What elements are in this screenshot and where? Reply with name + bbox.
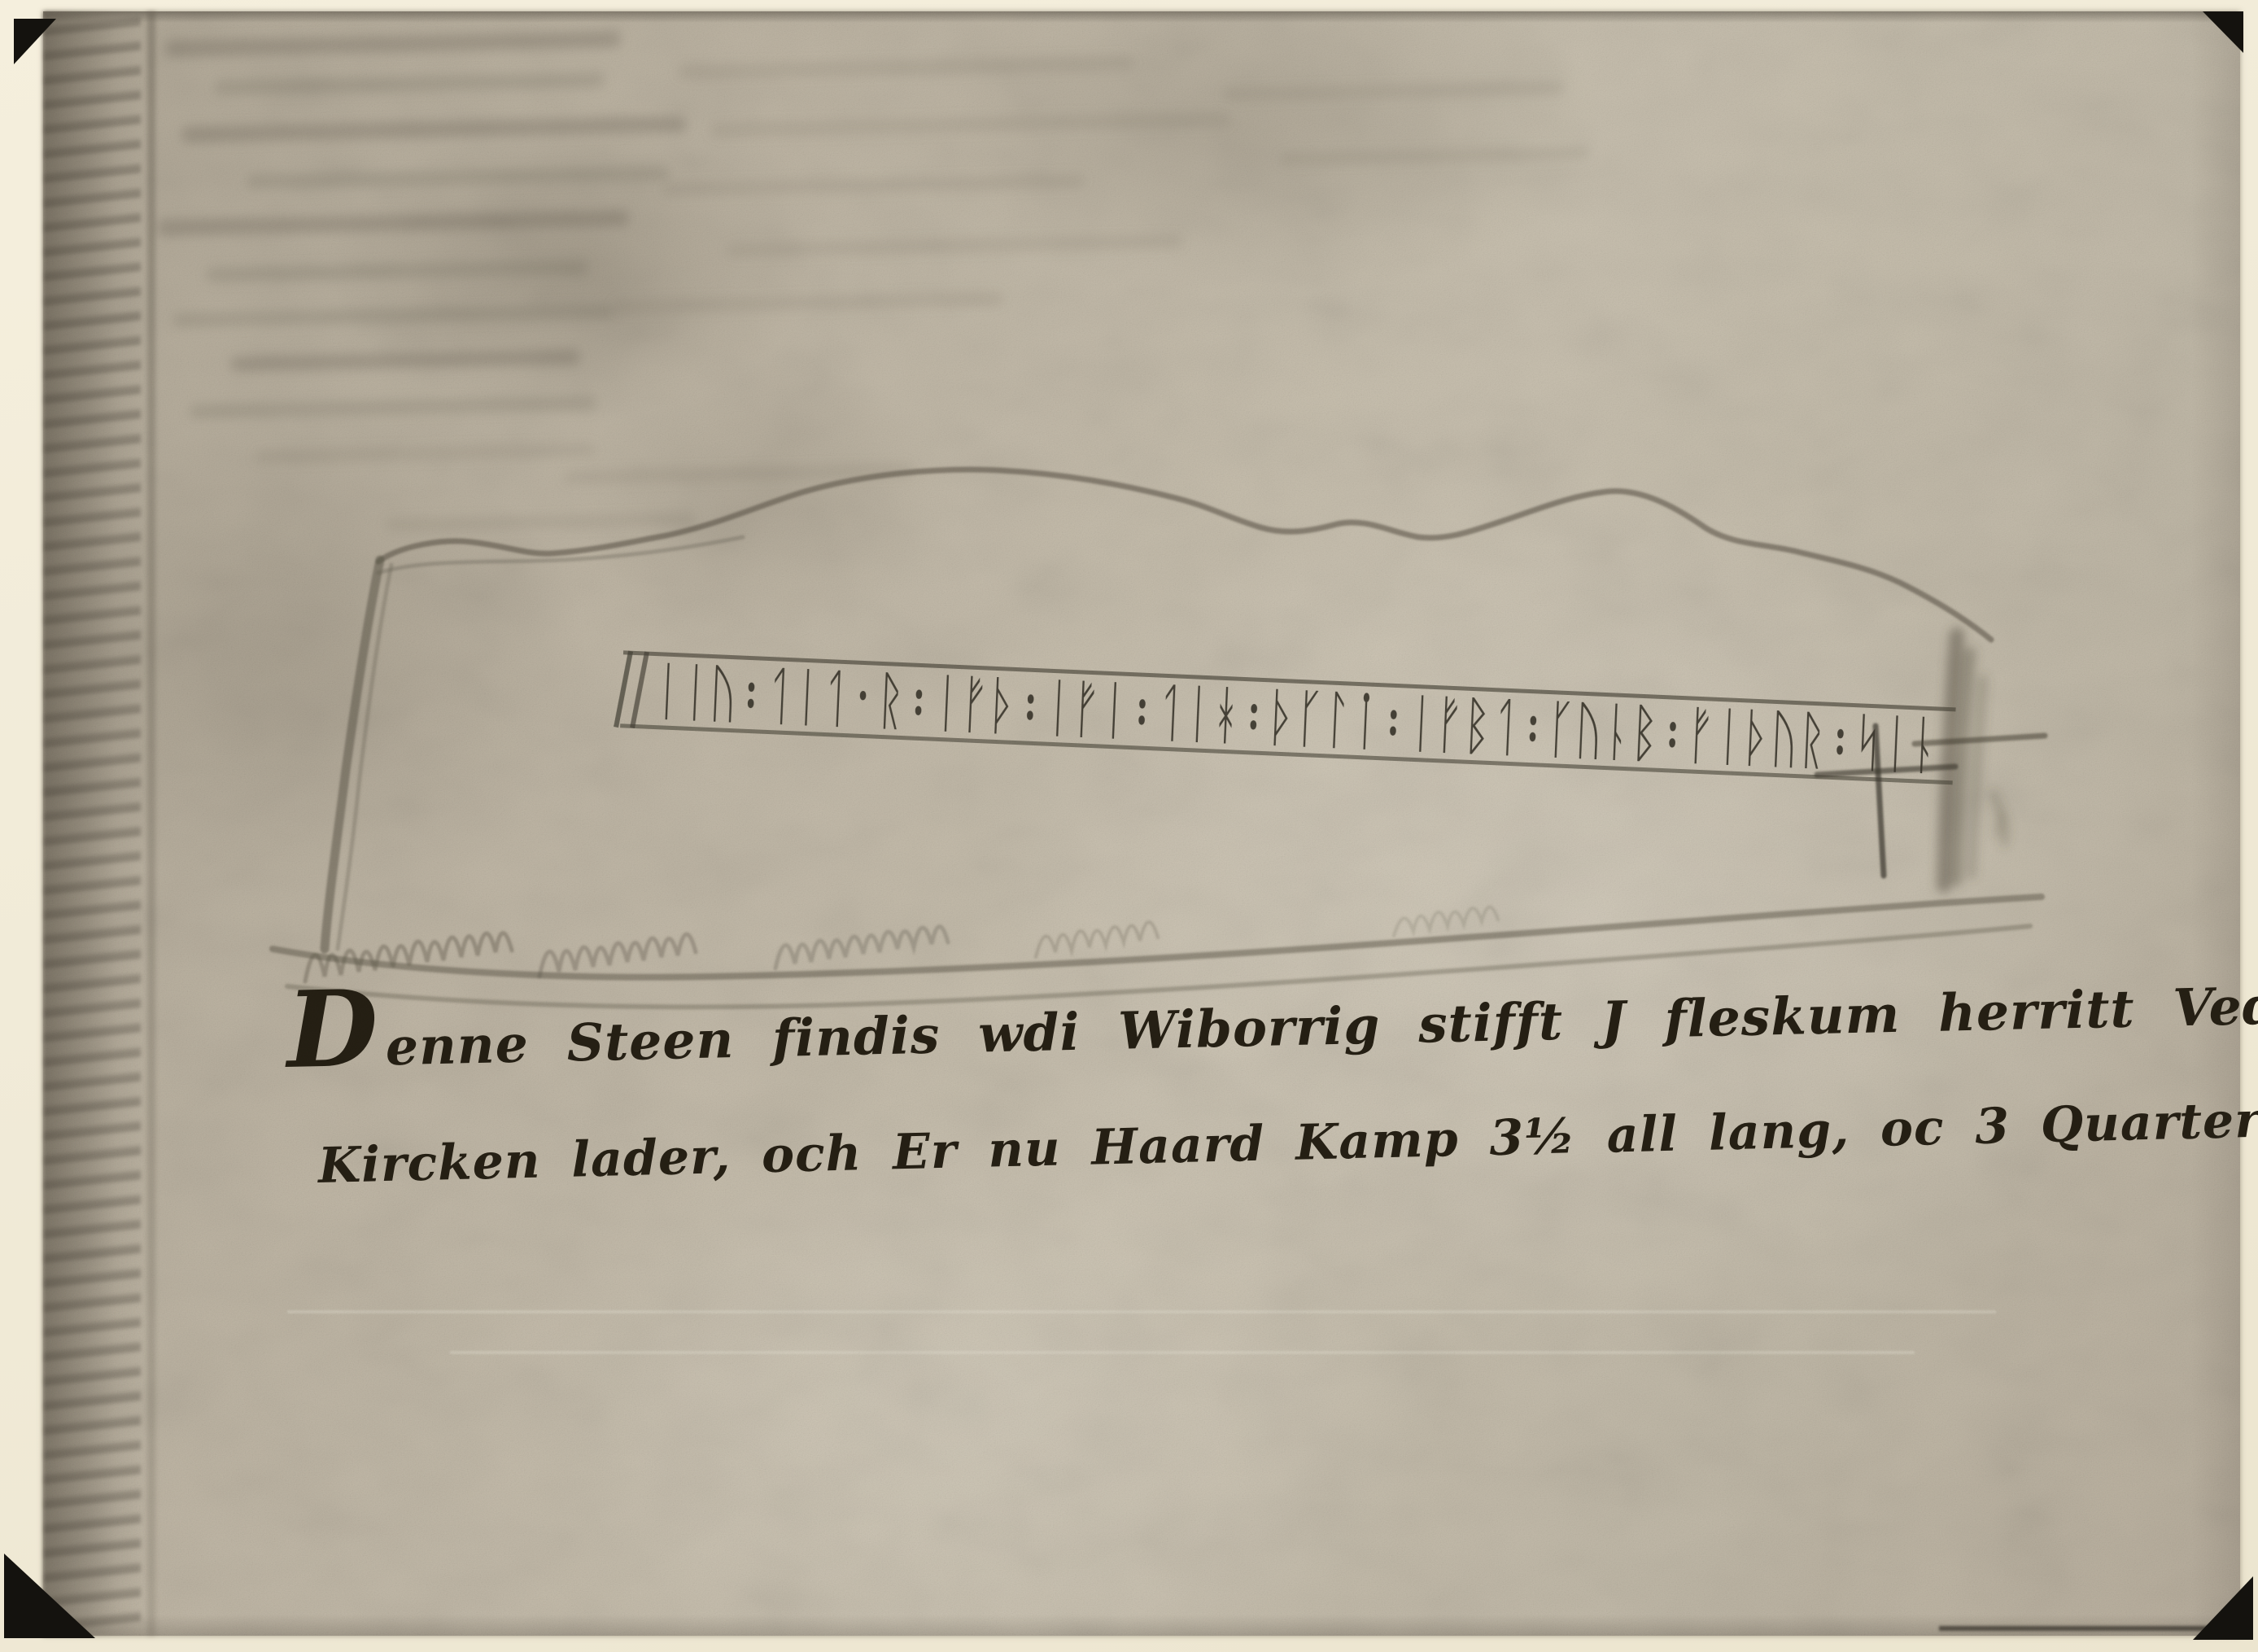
manuscript-photograph: ᛁᛁᚢ᛬ᛐᛁᛐ᛫ᚱ᛬ᛁᚠᚦ᛬ᛁᚠᛁ᛬ᛐᛁᚼ᛬ᚦᚴᛚᛙ᛬ᛁᚠᛒᛐ᛬ᚴᚢᚿᛒ᛬ᚠᛁᚦ… [43, 11, 2240, 1636]
stone-right-edge-shading [1944, 635, 2006, 885]
rune-text: ᛁᛁᚢ᛬ᛐᛁᛐ᛫ᚱ᛬ᛁᚠᚦ᛬ᛁᚠᛁ᛬ᛐᛁᚼ᛬ᚦᚴᛚᛙ᛬ᛁᚠᛒᛐ᛬ᚴᚢᚿᛒ᛬ᚠᛁᚦ… [652, 654, 1939, 782]
rune-band: ᛁᛁᚢ᛬ᛐᛁᛐ᛫ᚱ᛬ᛁᚠᚦ᛬ᛁᚠᛁ᛬ᛐᛁᚼ᛬ᚦᚴᛚᛙ᛬ᛁᚠᛒᛐ᛬ᚴᚢᚿᛒ᛬ᚠᛁᚦ… [616, 651, 1956, 784]
runestone-sketch: ᛁᛁᚢ᛬ᛐᛁᛐ᛫ᚱ᛬ᛁᚠᚦ᛬ᛁᚠᛁ᛬ᛐᛁᚼ᛬ᚦᚴᛚᛙ᛬ᛁᚠᛒᛐ᛬ᚴᚢᚿᛒ᛬ᚠᛁᚦ… [43, 11, 2240, 1636]
album-page: ᛁᛁᚢ᛬ᛐᛁᛐ᛫ᚱ᛬ᛁᚠᚦ᛬ᛁᚠᛁ᛬ᛐᛁᚼ᛬ᚦᚴᛚᛙ᛬ᛁᚠᛒᛐ᛬ᚴᚢᚿᛒ᛬ᚠᛁᚦ… [0, 0, 2258, 1652]
photo-bottom-shadow [1939, 1626, 2216, 1631]
